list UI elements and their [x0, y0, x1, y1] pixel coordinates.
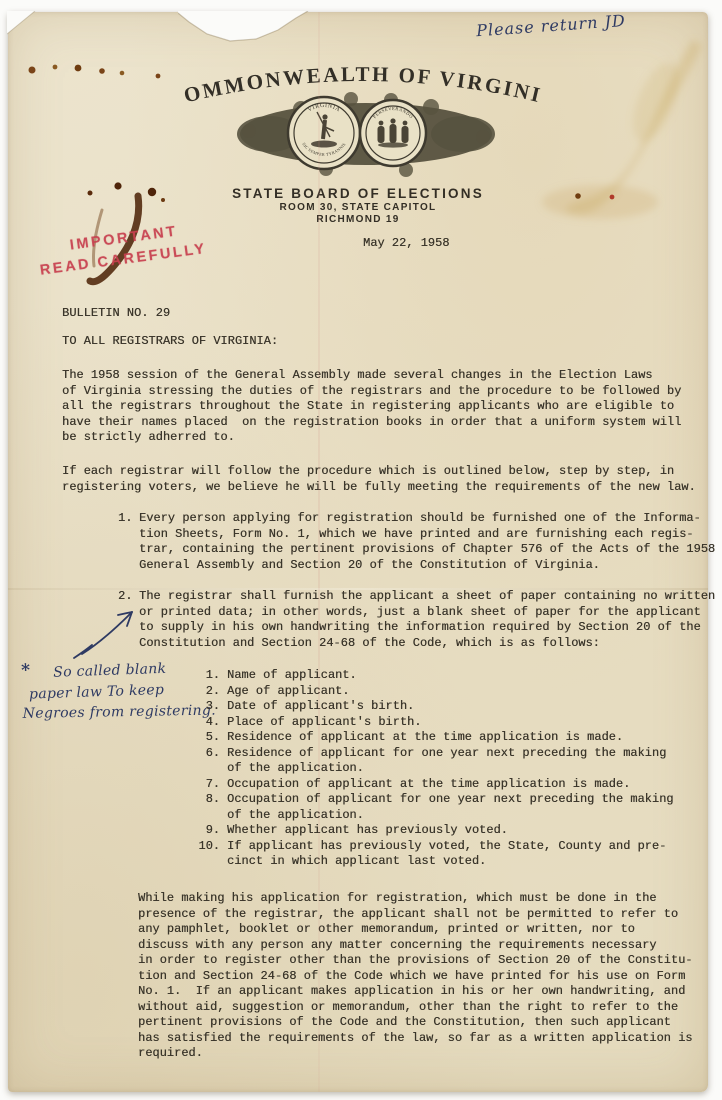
paper-sheet: Please return JD COMMONWEALTH OF VIRGINI… [8, 12, 708, 1092]
torn-edge-notch [178, 11, 313, 47]
numbered-item-2: 2. The registrar shall furnish the appli… [118, 589, 718, 651]
list-item: 4. Place of applicant's birth. [196, 715, 673, 731]
org-name: STATE BOARD OF ELECTIONS [8, 186, 708, 201]
letterhead-title-arc: COMMONWEALTH OF VIRGINIA [168, 52, 558, 116]
list-item-number: 8. [196, 792, 227, 823]
list-item: 3. Date of applicant's birth. [196, 699, 673, 715]
list-item: 7. Occupation of applicant at the time a… [196, 777, 673, 793]
list-item-text: Whether applicant has previously voted. [227, 823, 508, 839]
list-item: 6. Residence of applicant for one year n… [196, 746, 673, 777]
list-item-text: Residence of applicant for one year next… [227, 746, 666, 777]
list-item-text: Residence of applicant at the time appli… [227, 730, 623, 746]
item-number: 1. [118, 511, 139, 573]
rust-spots [29, 65, 161, 79]
list-item-number: 6. [196, 746, 227, 777]
list-item-number: 1. [196, 668, 227, 684]
list-item-number: 2. [196, 684, 227, 700]
list-item-number: 5. [196, 730, 227, 746]
paragraph-2: If each registrar will follow the proced… [62, 464, 712, 495]
letterhead-title: COMMONWEALTH OF VIRGINIA [168, 52, 545, 107]
seal-right-medallion: PERSEVERANDO [360, 100, 426, 166]
org-address-line2: RICHMOND 19 [8, 214, 708, 225]
seal-left-motto: SIC SEMPER TYRANNIS [301, 141, 347, 157]
item-text: Every person applying for registration s… [139, 511, 718, 573]
list-item: 5. Residence of applicant at the time ap… [196, 730, 673, 746]
item-text: The registrar shall furnish the applican… [139, 589, 718, 651]
list-item-text: Age of applicant. [227, 684, 349, 700]
list-item: 9. Whether applicant has previously vote… [196, 823, 673, 839]
list-item-text: Place of applicant's birth. [227, 715, 421, 731]
bulletin-number: BULLETIN NO. 29 [62, 306, 170, 322]
requirements-list: 1. Name of applicant. 2. Age of applican… [196, 668, 673, 870]
letter-date: May 22, 1958 [363, 236, 449, 250]
svg-text:PERSEVERANDO: PERSEVERANDO [372, 106, 414, 120]
closing-paragraph: While making his application for registr… [138, 891, 713, 1062]
list-item-text: Occupation of applicant at the time appl… [227, 777, 630, 793]
list-item: 2. Age of applicant. [196, 684, 673, 700]
list-item-number: 4. [196, 715, 227, 731]
svg-text:SIC SEMPER TYRANNIS: SIC SEMPER TYRANNIS [301, 141, 347, 157]
seal-left-arc-text: VIRGINIA [307, 103, 341, 114]
corner-nick [7, 11, 37, 37]
item-number: 2. [118, 589, 139, 651]
important-stamp: IMPORTANT READ CAREFULLY [36, 215, 230, 281]
asterisk-marker: * [21, 661, 31, 682]
seal-vignette-background [237, 92, 495, 177]
list-item-text: Occupation of applicant for one year nex… [227, 792, 673, 823]
list-item: 1. Name of applicant. [196, 668, 673, 684]
numbered-item-1: 1. Every person applying for registratio… [118, 511, 718, 573]
state-seal: VIRGINIA SIC SEMPER TYRANNIS [231, 87, 501, 181]
list-item-text: Name of applicant. [227, 668, 357, 684]
list-item: 8. Occupation of applicant for one year … [196, 792, 673, 823]
seal-virtus-figure [311, 112, 337, 148]
list-item-number: 3. [196, 699, 227, 715]
list-item-number: 9. [196, 823, 227, 839]
seal-left-medallion: VIRGINIA SIC SEMPER TYRANNIS [288, 97, 360, 169]
seal-right-arc-text: PERSEVERANDO [372, 106, 414, 120]
handwritten-return-note: Please return JD [476, 7, 687, 41]
list-item-number: 7. [196, 777, 227, 793]
list-item-number: 10. [196, 839, 227, 870]
list-item-text: Date of applicant's birth. [227, 699, 414, 715]
svg-text:COMMONWEALTH OF VIRGINIA: COMMONWEALTH OF VIRGINIA [168, 52, 545, 107]
seal-three-figures [378, 118, 409, 147]
list-item: 10. If applicant has previously voted, t… [196, 839, 673, 870]
salutation: TO ALL REGISTRARS OF VIRGINIA: [62, 334, 278, 350]
svg-text:VIRGINIA: VIRGINIA [307, 103, 341, 114]
paragraph-1: The 1958 session of the General Assembly… [62, 368, 712, 446]
list-item-text: If applicant has previously voted, the S… [227, 839, 666, 870]
org-address-line1: ROOM 30, STATE CAPITOL [8, 202, 708, 213]
document-scan: Please return JD COMMONWEALTH OF VIRGINI… [0, 0, 722, 1100]
